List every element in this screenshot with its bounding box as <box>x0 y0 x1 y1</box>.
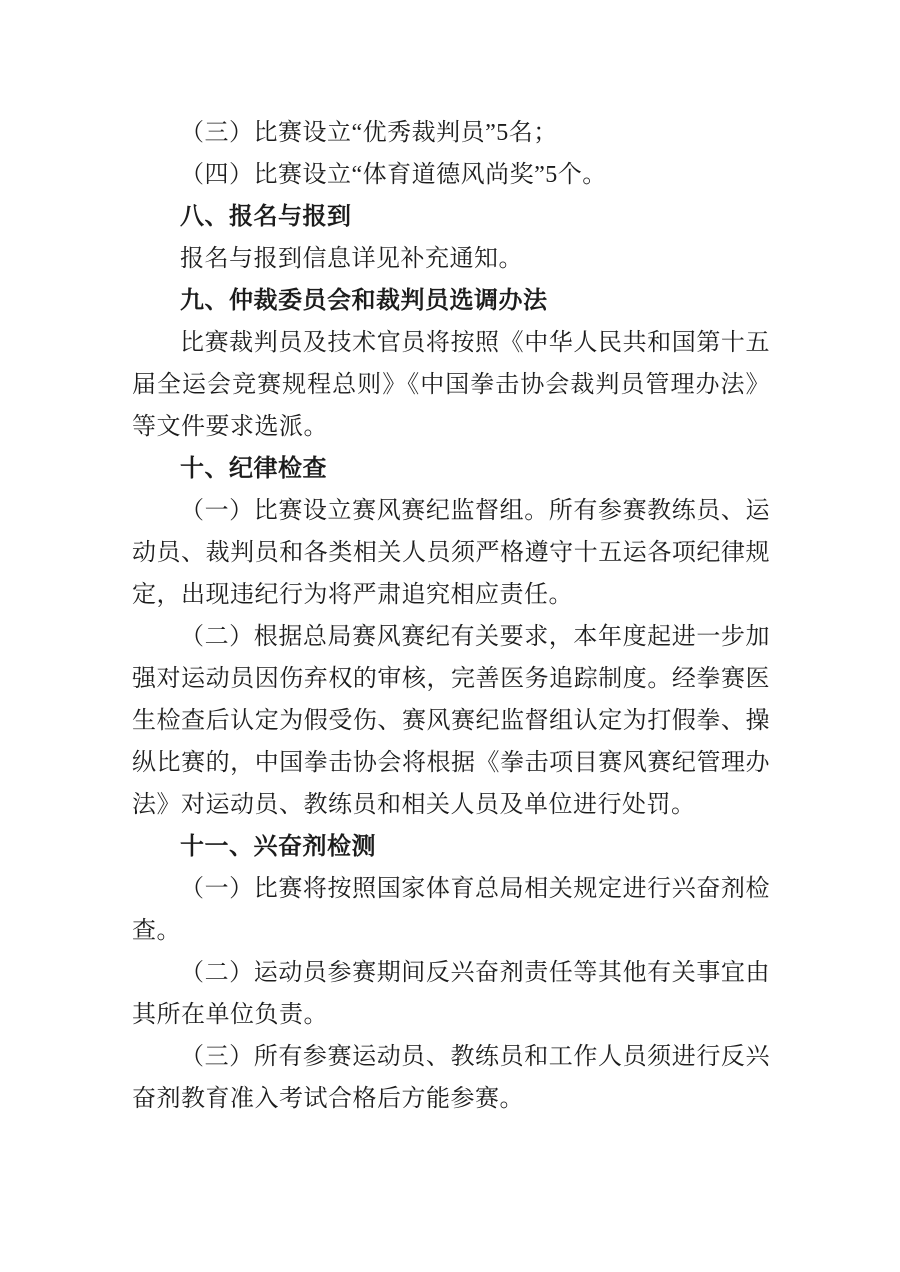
paragraph-award-referees: （三）比赛设立“优秀裁判员”5名； <box>132 112 770 154</box>
paragraph-doping-responsibility: （二）运动员参赛期间反兴奋剂责任等其他有关事宜由其所在单位负责。 <box>132 952 770 1036</box>
paragraph-discipline-group: （一）比赛设立赛风赛纪监督组。所有参赛教练员、运动员、裁判员和各类相关人员须严格… <box>132 490 770 616</box>
document-page: （三）比赛设立“优秀裁判员”5名； （四）比赛设立“体育道德风尚奖”5个。 八、… <box>0 0 900 1272</box>
section-heading-8-registration: 八、报名与报到 <box>132 196 770 238</box>
paragraph-discipline-penalty: （二）根据总局赛风赛纪有关要求，本年度起进一步加强对运动员因伤弃权的审核，完善医… <box>132 616 770 826</box>
section-heading-10-discipline: 十、纪律检查 <box>132 448 770 490</box>
paragraph-doping-test: （一）比赛将按照国家体育总局相关规定进行兴奋剂检查。 <box>132 868 770 952</box>
section-heading-11-doping: 十一、兴奋剂检测 <box>132 826 770 868</box>
paragraph-doping-education: （三）所有参赛运动员、教练员和工作人员须进行反兴奋剂教育准入考试合格后方能参赛。 <box>132 1036 770 1120</box>
document-text-block: （三）比赛设立“优秀裁判员”5名； （四）比赛设立“体育道德风尚奖”5个。 八、… <box>132 112 770 1120</box>
section-heading-9-jury-referees: 九、仲裁委员会和裁判员选调办法 <box>132 280 770 322</box>
paragraph-referee-selection: 比赛裁判员及技术官员将按照《中华人民共和国第十五届全运会竞赛规程总则》《中国拳击… <box>132 322 770 448</box>
paragraph-award-sportsmanship: （四）比赛设立“体育道德风尚奖”5个。 <box>132 154 770 196</box>
paragraph-registration-info: 报名与报到信息详见补充通知。 <box>132 238 770 280</box>
